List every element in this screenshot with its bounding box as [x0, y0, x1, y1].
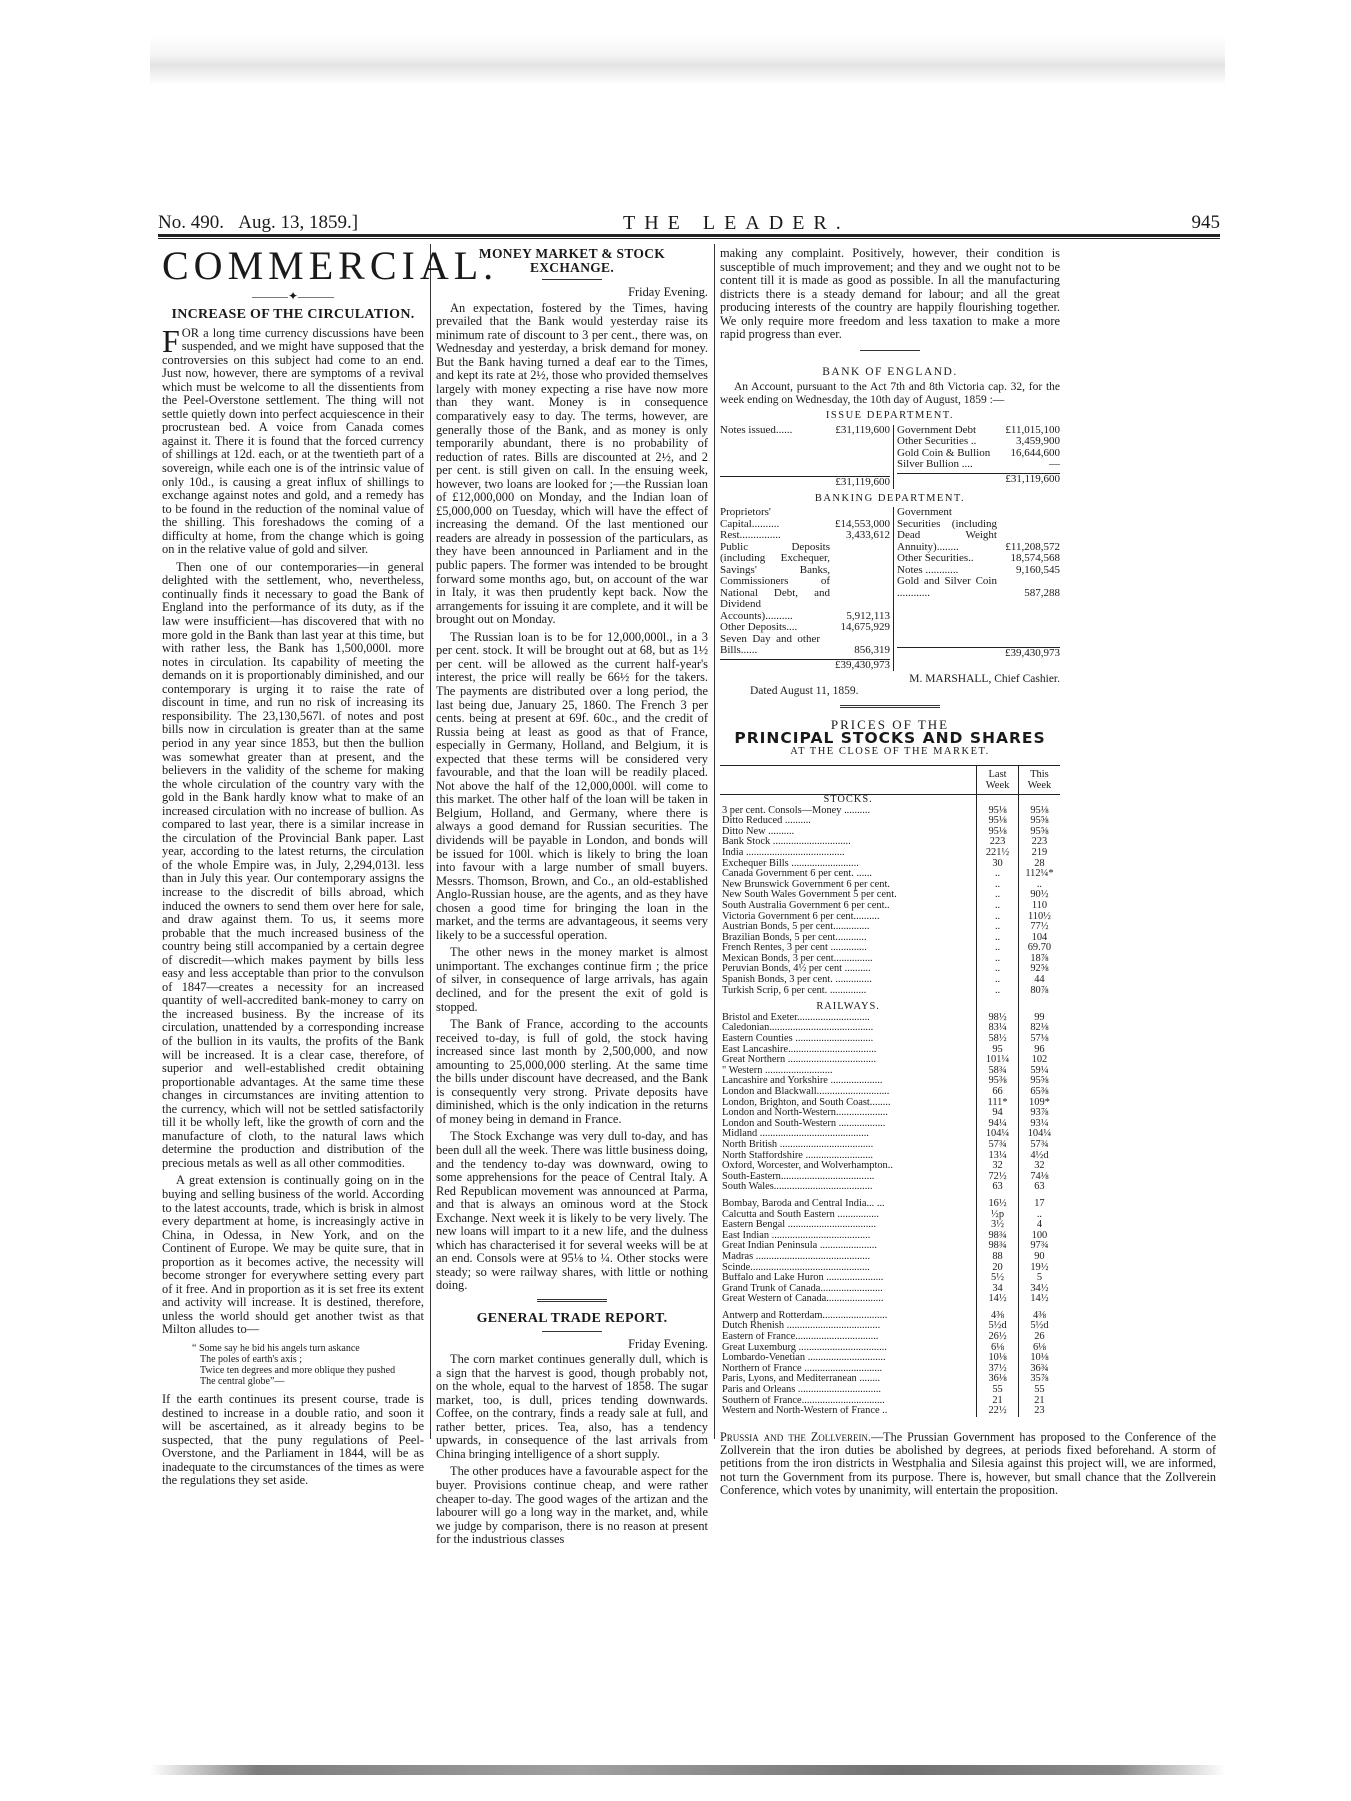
ledger-total: £31,119,600 [897, 473, 1060, 486]
price-row: Eastern of France.......................… [720, 1332, 1060, 1343]
verse-quote: “ Some say he bid his angels turn askanc… [192, 1343, 424, 1387]
security-name: Canada Government 6 per cent. ...... [720, 869, 977, 880]
verse-line: “ Some say he bid his angels turn askanc… [192, 1343, 424, 1354]
ledger-total: £39,430,973 [897, 647, 1060, 660]
price-row: Victoria Government 6 per cent..........… [720, 912, 1060, 923]
item-lead: Prussia and the Zollverein. [720, 1430, 871, 1444]
price-row: Buffalo and Lake Huron .................… [720, 1273, 1060, 1284]
ledger-total: £31,119,600 [720, 476, 890, 489]
security-name: Lancashire and Yorkshire ...............… [720, 1076, 977, 1087]
ledger-value: — [1049, 459, 1060, 471]
price-row: Dutch Rhenish ..........................… [720, 1321, 1060, 1332]
security-name: Bombay, Baroda and Central India... ... [720, 1199, 977, 1210]
price-row: New Brunswick Government 6 per cent..... [720, 880, 1060, 891]
price-row: London and North-Western................… [720, 1108, 1060, 1119]
security-name: 3 per cent. Consols—Money .......... [720, 806, 977, 817]
ledger-row: Public Deposits (including Exchequer, Sa… [720, 542, 890, 623]
last-week-price: 57¾ [977, 1140, 1019, 1151]
ornament-divider: ———✦——— [162, 290, 424, 302]
price-row: East Indian ............................… [720, 1231, 1060, 1242]
price-row: Brazilian Bonds, 5 per cent.............… [720, 933, 1060, 944]
article-paragraph: A great extension is continually going o… [162, 1174, 424, 1337]
security-name: Great Luxemburg ........................… [720, 1343, 977, 1354]
security-name: Grand Trunk of Canada...................… [720, 1284, 977, 1295]
price-row: Peruvian Bonds, 4½ per cent ............… [720, 964, 1060, 975]
this-week-price: 219 [1018, 848, 1060, 859]
security-name: Dutch Rhenish ..........................… [720, 1321, 977, 1332]
page-number: 945 [1192, 212, 1221, 234]
security-name: London and Blackwall....................… [720, 1087, 977, 1098]
ledger-label: Government Securities (including Dead We… [897, 507, 997, 553]
security-name: Bank Stock .............................… [720, 837, 977, 848]
security-name: India ..................................… [720, 848, 977, 859]
price-row: Calcutta and South Eastern .............… [720, 1210, 1060, 1221]
security-name: Bristol and Exeter......................… [720, 1013, 977, 1024]
article-paragraph: making any complaint. Positively, howeve… [720, 247, 1060, 342]
empty-cell [977, 794, 1019, 805]
newspaper-title: THE LEADER. [623, 212, 850, 235]
security-name: Caledonian..............................… [720, 1023, 977, 1034]
price-row: Western and North-Western of France ..22… [720, 1406, 1060, 1417]
price-row: 3 per cent. Consols—Money ..........95⅛9… [720, 806, 1060, 817]
article-paragraph: If the earth continues its present cours… [162, 1393, 424, 1488]
article-heading: MONEY MARKET & STOCK EXCHANGE. [436, 247, 708, 274]
ledger-row: Silver Bullion ....— [897, 459, 1060, 471]
security-name: Northern of France .....................… [720, 1364, 977, 1375]
security-name: Great Northern .........................… [720, 1055, 977, 1066]
security-name: Exchequer Bills ........................… [720, 859, 977, 870]
price-row: London, Brighton, and South Coast.......… [720, 1098, 1060, 1109]
security-name: Peruvian Bonds, 4½ per cent .......... [720, 964, 977, 975]
this-week-price: 65⅜ [1018, 1087, 1060, 1098]
column-divider-1 [430, 244, 431, 1439]
last-week-price: 66 [977, 1087, 1019, 1098]
article-paragraph: Then one of our contemporaries—in genera… [162, 561, 424, 1171]
ledger-label: Seven Day and other Bills...... [720, 634, 820, 657]
verse-line: Twice ten degrees and more oblique they … [192, 1365, 424, 1376]
price-row: Northern of France .....................… [720, 1364, 1060, 1375]
price-row: Southern of France......................… [720, 1396, 1060, 1407]
security-name: Victoria Government 6 per cent.......... [720, 912, 977, 923]
ledger-row: Government Securities (including Dead We… [897, 507, 1060, 553]
security-name: Turkish Scrip, 6 per cent. .............… [720, 986, 977, 997]
security-name: North Staffordshire ....................… [720, 1151, 977, 1162]
article-paragraph: The Stock Exchange was very dull to-day,… [436, 1130, 708, 1293]
security-name: Spanish Bonds, 3 per cent. .............… [720, 975, 977, 986]
ledger-value: 9,160,545 [1016, 565, 1060, 577]
last-week-price: .. [977, 901, 1019, 912]
column-money-market: MONEY MARKET & STOCK EXCHANGE. Friday Ev… [436, 247, 708, 1551]
price-row: Scinde..................................… [720, 1263, 1060, 1274]
security-name: Scinde..................................… [720, 1263, 977, 1274]
last-week-price: 88 [977, 1252, 1019, 1263]
security-name: New Brunswick Government 6 per cent. [720, 880, 977, 891]
price-row: Bank Stock .............................… [720, 837, 1060, 848]
security-name: Paris, Lyons, and Mediterranean ........ [720, 1374, 977, 1385]
this-week-price: 80⅞ [1018, 986, 1060, 997]
security-name: Paris and Orleans ......................… [720, 1385, 977, 1396]
security-name: East Lancashire.........................… [720, 1045, 977, 1056]
ledger-total: £39,430,973 [720, 659, 890, 672]
bank-of-england-account: BANK OF ENGLAND. An Account, pursuant to… [720, 367, 1060, 698]
scan-artifact-bottom [150, 1765, 1225, 1775]
price-row: Midland ................................… [720, 1129, 1060, 1140]
price-row: India ..................................… [720, 848, 1060, 859]
ledger-row: Notes issued......£31,119,600 [720, 425, 890, 437]
price-row: French Rentes, 3 per cent ..............… [720, 943, 1060, 954]
ledger-label: Gold and Silver Coin ............ [897, 576, 997, 599]
price-row: East Lancashire.........................… [720, 1045, 1060, 1056]
price-row: South Australia Government 6 per cent...… [720, 901, 1060, 912]
empty-cell [1018, 794, 1060, 805]
security-name: London and South-Western ...............… [720, 1119, 977, 1130]
article-paragraph: The corn market continues generally dull… [436, 1353, 708, 1461]
price-row: Grand Trunk of Canada...................… [720, 1284, 1060, 1295]
this-week-price: 110 [1018, 901, 1060, 912]
price-row: Great Western of Canada.................… [720, 1294, 1060, 1305]
price-row: New South Wales Government 5 per cent...… [720, 890, 1060, 901]
section-rule [860, 350, 920, 351]
section-rule [840, 705, 940, 708]
security-name: Buffalo and Lake Huron .................… [720, 1273, 977, 1284]
security-name: London, Brighton, and South Coast.......… [720, 1098, 977, 1109]
security-name: East Indian ............................… [720, 1231, 977, 1242]
ledger-value: 587,288 [1024, 588, 1060, 600]
article-paragraph: The Bank of France, according to the acc… [436, 1018, 708, 1126]
security-name: Ditto New .......... [720, 827, 977, 838]
this-week-price: 23 [1018, 1406, 1060, 1417]
issue-number: No. 490. [158, 212, 224, 233]
last-week-price: 22½ [977, 1406, 1019, 1417]
prices-table: Last Week This Week STOCKS.3 per cent. C… [720, 765, 1060, 1417]
price-row: Paris and Orleans ......................… [720, 1385, 1060, 1396]
last-week-price: 14½ [977, 1294, 1019, 1305]
price-row: South-Eastern...........................… [720, 1172, 1060, 1183]
price-row: London and South-Western ...............… [720, 1119, 1060, 1130]
group-name: STOCKS. [720, 794, 977, 805]
section-rule [537, 1299, 607, 1302]
security-name: New South Wales Government 5 per cent. [720, 890, 977, 901]
price-row: Lancashire and Yorkshire ...............… [720, 1076, 1060, 1087]
security-name: Lombardo-Venetian ......................… [720, 1353, 977, 1364]
security-name: " Western .......................... [720, 1066, 977, 1077]
security-name: Great Indian Peninsula .................… [720, 1241, 977, 1252]
column-commercial: COMMERCIAL. ———✦——— INCREASE OF THE CIRC… [162, 244, 424, 1492]
security-name: Calcutta and South Eastern .............… [720, 1210, 977, 1221]
heading-rule [542, 1331, 602, 1332]
issue-department: Notes issued......£31,119,600 £31,119,60… [720, 425, 1060, 489]
this-week-price: 17 [1018, 1199, 1060, 1210]
price-row: Canada Government 6 per cent. ........11… [720, 869, 1060, 880]
ledger-row: Proprietors' Capital..........£14,553,00… [720, 507, 890, 530]
dateline: Friday Evening. [436, 1338, 708, 1352]
article-paragraph: FOR a long time currency discussions hav… [162, 327, 424, 557]
drop-cap: F [162, 328, 180, 354]
security-name: Madras .................................… [720, 1252, 977, 1263]
heading-rule [542, 279, 602, 280]
ledger-label: Notes issued...... [720, 425, 792, 437]
price-row: Great Luxemburg ........................… [720, 1343, 1060, 1354]
this-week-price: 57¾ [1018, 1140, 1060, 1151]
last-week-price: 221½ [977, 848, 1019, 859]
security-name: South Australia Government 6 per cent.. [720, 901, 977, 912]
scan-artifact-top [150, 35, 1225, 85]
dated-line: Dated August 11, 1859. [750, 686, 1060, 698]
security-name: Ditto Reduced .......... [720, 816, 977, 827]
article-paragraph: The other produces have a favourable asp… [436, 1465, 708, 1546]
masthead-rule-thin [158, 238, 1220, 239]
security-name: Western and North-Western of France .. [720, 1406, 977, 1417]
banking-department-heading: BANKING DEPARTMENT. [720, 493, 1060, 505]
article-heading: GENERAL TRADE REPORT. [436, 1312, 708, 1326]
ledger-row: Gold and Silver Coin ............587,288 [897, 576, 1060, 599]
ledger-label: Proprietors' Capital.......... [720, 507, 820, 530]
last-week-price: 63 [977, 1182, 1019, 1193]
ledger-label: Public Deposits (including Exchequer, Sa… [720, 542, 830, 623]
price-row: " Western ..........................58¾5… [720, 1066, 1060, 1077]
issue-department-heading: ISSUE DEPARTMENT. [720, 410, 1060, 422]
security-name: Antwerp and Rotterdam...................… [720, 1311, 977, 1322]
security-name: Great Western of Canada.................… [720, 1294, 977, 1305]
price-row: Austrian Bonds, 5 per cent..............… [720, 922, 1060, 933]
price-row: Oxford, Worcester, and Wolverhampton..32… [720, 1161, 1060, 1172]
price-group-heading: RAILWAYS. [720, 1002, 1060, 1013]
price-row: Bombay, Baroda and Central India... ...1… [720, 1199, 1060, 1210]
price-row: Madras .................................… [720, 1252, 1060, 1263]
issue-date-text: Aug. 13, 1859.] [238, 212, 358, 233]
security-name: South Wales.............................… [720, 1182, 977, 1193]
security-name: Oxford, Worcester, and Wolverhampton.. [720, 1161, 977, 1172]
prices-title-line-3: AT THE CLOSE OF THE MARKET. [720, 745, 1060, 759]
price-row: Eastern Bengal .........................… [720, 1220, 1060, 1231]
column-header-last-week: Last Week [977, 765, 1019, 794]
this-week-price: 14½ [1018, 1294, 1060, 1305]
price-row: Antwerp and Rotterdam...................… [720, 1311, 1060, 1322]
ledger-value: £31,119,600 [835, 425, 890, 437]
article-paragraph: The other news in the money market is al… [436, 946, 708, 1014]
security-name: Eastern of France.......................… [720, 1332, 977, 1343]
price-row: Caledonian..............................… [720, 1023, 1060, 1034]
last-week-price: .. [977, 986, 1019, 997]
security-name: Eastern Bengal .........................… [720, 1220, 977, 1231]
price-row: South Wales.............................… [720, 1182, 1060, 1193]
group-name: RAILWAYS. [720, 1002, 977, 1013]
price-group-heading: STOCKS. [720, 794, 1060, 805]
ledger-label: Silver Bullion .... [897, 459, 973, 471]
security-name: Mexican Bonds, 3 per cent............... [720, 954, 977, 965]
masthead-rule [158, 234, 1220, 237]
last-week-price: 16½ [977, 1199, 1019, 1210]
this-week-price: 90 [1018, 1252, 1060, 1263]
issue-date: No. 490. Aug. 13, 1859.] [158, 212, 358, 234]
price-row: Eastern Counties .......................… [720, 1034, 1060, 1045]
security-name: Eastern Counties .......................… [720, 1034, 977, 1045]
price-row: Exchequer Bills ........................… [720, 859, 1060, 870]
verse-line: The central globe”— [192, 1376, 424, 1387]
security-name: Midland ................................… [720, 1129, 977, 1140]
security-name: Austrian Bonds, 5 per cent.............. [720, 922, 977, 933]
price-row: Great Indian Peninsula .................… [720, 1241, 1060, 1252]
this-week-price: 63 [1018, 1182, 1060, 1193]
verse-line: The poles of earth's axis ; [192, 1354, 424, 1365]
column-header-blank [720, 765, 977, 794]
bank-heading: BANK OF ENGLAND. [720, 367, 1060, 379]
price-row: Ditto Reduced ..........95⅛95⅝ [720, 816, 1060, 827]
security-name: North British ..........................… [720, 1140, 977, 1151]
price-row: Lombardo-Venetian ......................… [720, 1353, 1060, 1364]
column-header-this-week: This Week [1018, 765, 1060, 794]
security-name: French Rentes, 3 per cent .............. [720, 943, 977, 954]
article-paragraph: An expectation, fostered by the Times, h… [436, 302, 708, 627]
price-row: Spanish Bonds, 3 per cent. .............… [720, 975, 1060, 986]
price-row: North Staffordshire ....................… [720, 1151, 1060, 1162]
price-row: Paris, Lyons, and Mediterranean ........… [720, 1374, 1060, 1385]
dateline: Friday Evening. [436, 286, 708, 300]
section-title: COMMERCIAL. [162, 244, 424, 288]
price-row: Bristol and Exeter......................… [720, 1013, 1060, 1024]
ledger-row: Seven Day and other Bills......856,319 [720, 634, 890, 657]
ledger-value: 856,319 [854, 645, 890, 657]
security-name: Brazilian Bonds, 5 per cent............ [720, 933, 977, 944]
security-name: South-Eastern...........................… [720, 1172, 977, 1183]
article-paragraph: The Russian loan is to be for 12,000,000… [436, 631, 708, 943]
banking-department: Proprietors' Capital..........£14,553,00… [720, 507, 1060, 671]
price-row: North British ..........................… [720, 1140, 1060, 1151]
paragraph-text: OR a long time currency discussions have… [162, 326, 424, 557]
prices-title-line-2: PRINCIPAL STOCKS AND SHARES [720, 732, 1060, 746]
security-name: Southern of France......................… [720, 1396, 977, 1407]
price-row: Mexican Bonds, 3 per cent...............… [720, 954, 1060, 965]
price-row: Ditto New ..........95⅛95⅝ [720, 827, 1060, 838]
ledger-value: 14,675,929 [841, 622, 891, 634]
ledger-value: 3,433,612 [846, 530, 890, 542]
prussia-zollverein-item: Prussia and the Zollverein.—The Prussian… [720, 1431, 1216, 1497]
price-row: Great Northern .........................… [720, 1055, 1060, 1066]
price-row: Turkish Scrip, 6 per cent. .............… [720, 986, 1060, 997]
article-heading: INCREASE OF THE CIRCULATION. [162, 308, 424, 322]
price-row: London and Blackwall....................… [720, 1087, 1060, 1098]
bank-preamble: An Account, pursuant to the Act 7th and … [720, 381, 1060, 406]
security-name: London and North-Western................… [720, 1108, 977, 1119]
column-divider-2 [714, 244, 715, 1439]
column-bank-and-prices: making any complaint. Positively, howeve… [720, 247, 1216, 1497]
